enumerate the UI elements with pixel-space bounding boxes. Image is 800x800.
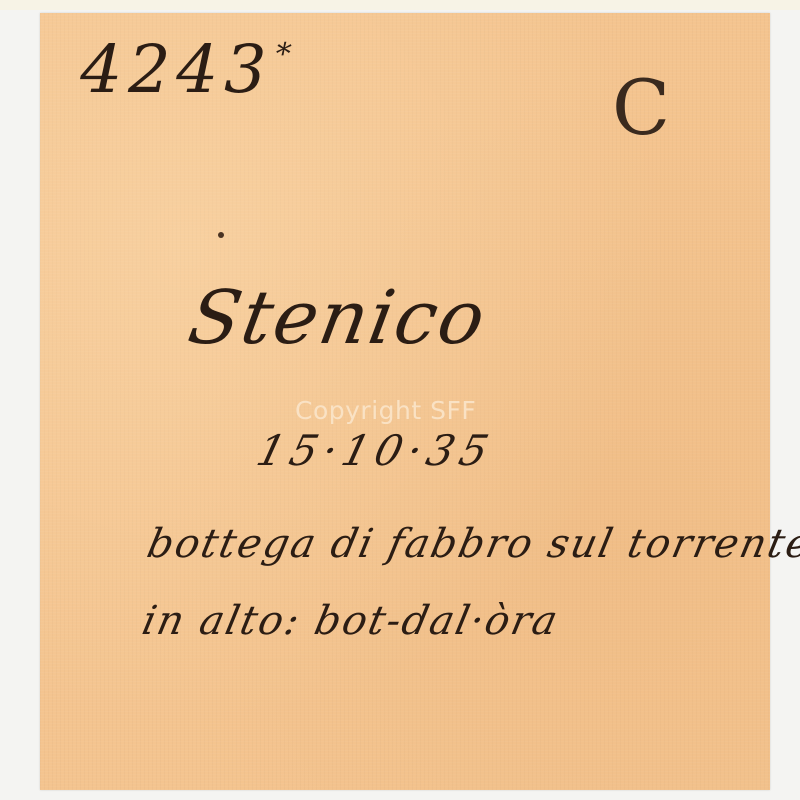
date: 15·10·35 (252, 426, 499, 475)
series-letter: C (612, 63, 671, 152)
catalog-number: 4243* (72, 31, 295, 108)
ink-spot (218, 232, 224, 238)
description-line-2: in alto: bot-dal·òra (138, 598, 563, 644)
place-name: Stenico (182, 275, 493, 361)
description-line-1: bottega di fabbro sul torrente, (143, 521, 800, 567)
catalog-number-text: 4243 (72, 31, 280, 108)
scanner-top-strip (0, 0, 800, 10)
copyright-watermark: Copyright SFF (295, 396, 476, 425)
archive-card: 4243* C Stenico Copyright SFF 15·10·35 b… (40, 13, 770, 790)
